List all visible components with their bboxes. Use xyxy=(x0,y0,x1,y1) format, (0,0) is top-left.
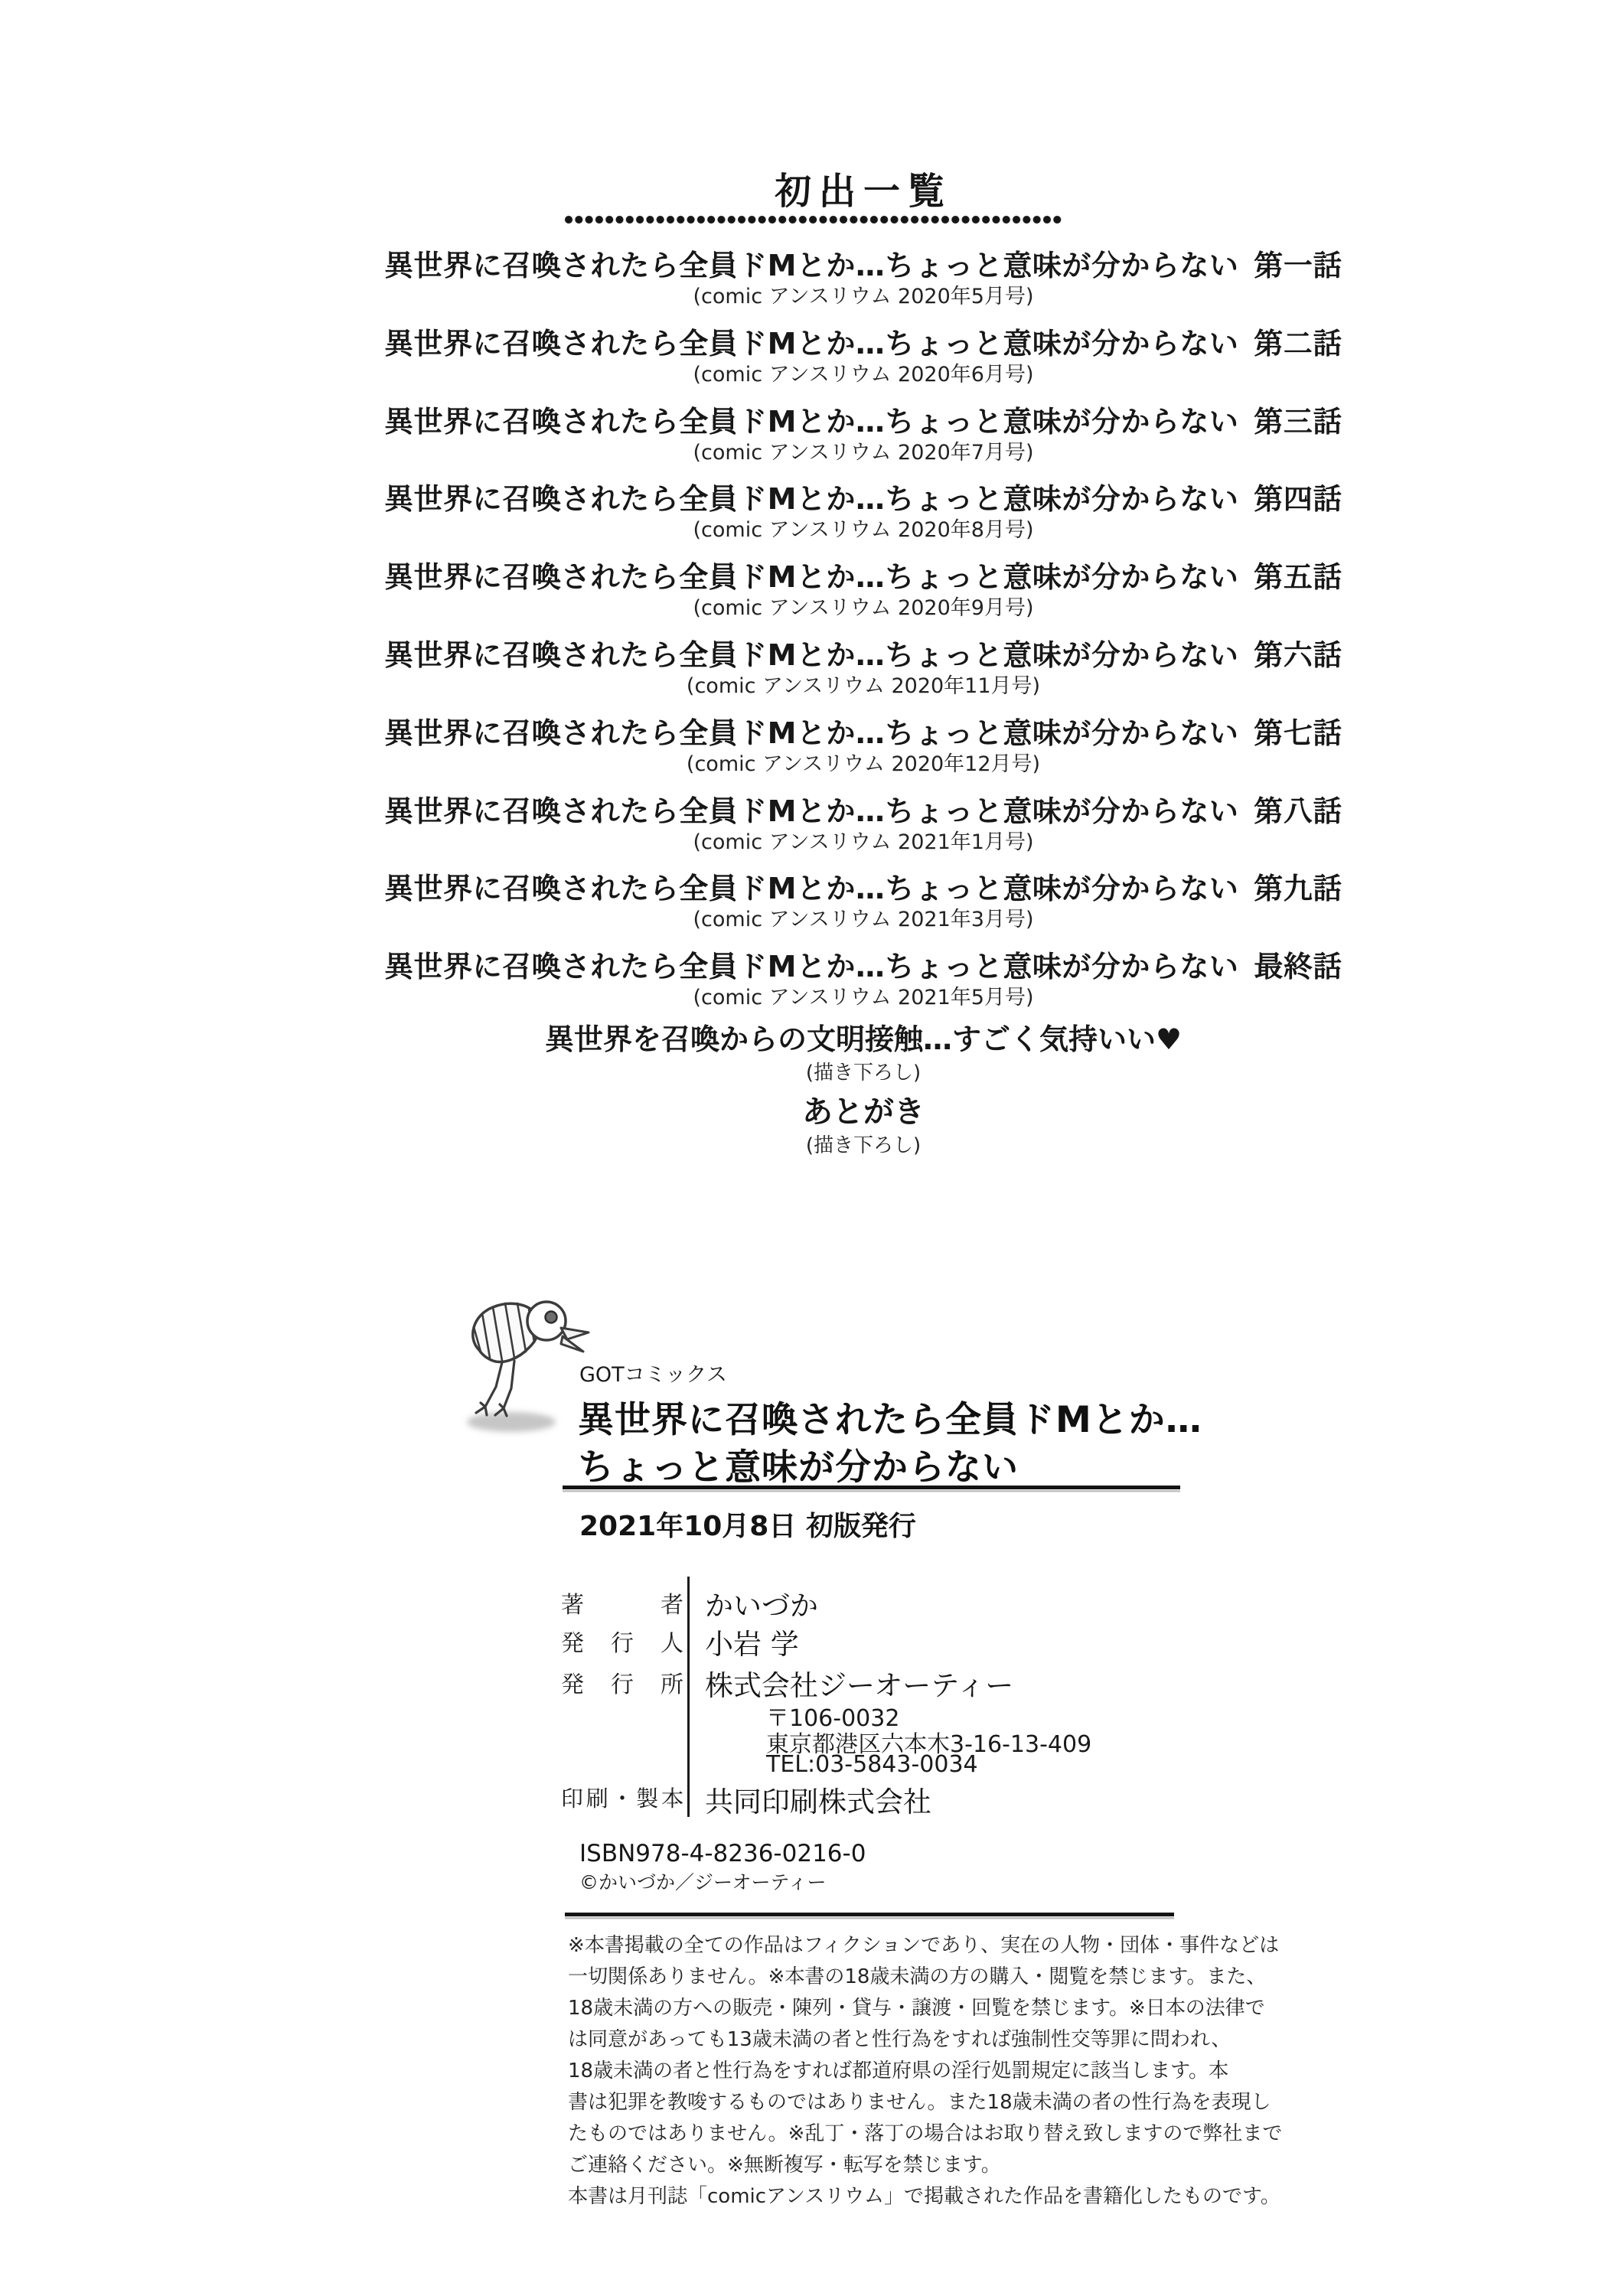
disclaimer-block: ※本書掲載の全ての作品はフィクションであり、実在の人物・団体・事件などは 一切関… xyxy=(568,1930,1188,2213)
entry-chapter: 第二話 xyxy=(1254,327,1342,360)
book-title-line1: 異世界に召喚されたら全員ドMとか… xyxy=(578,1391,1202,1443)
entry-source: (comic アンスリウム 2020年11月号) xyxy=(687,669,1040,699)
afterword-note: (描き下ろし) xyxy=(806,1130,921,1158)
publication-entry-title: 異世界に召喚されたら全員ドMとか…ちょっと意味が分からない第五話 xyxy=(384,553,1342,595)
publisher-tel: TEL:03-5843-0034 xyxy=(766,1751,978,1778)
publication-entry-title: 異世界に召喚されたら全員ドMとか…ちょっと意味が分からない第六話 xyxy=(384,631,1342,673)
imprint-label: GOTコミックス xyxy=(579,1358,727,1388)
publication-entry-title: 異世界に召喚されたら全員ドMとか…ちょっと意味が分からない第七話 xyxy=(384,709,1342,752)
book-title-line2: ちょっと意味が分からない xyxy=(578,1439,1019,1490)
entry-title: 異世界に召喚されたら全員ドMとか…ちょっと意味が分からない xyxy=(384,560,1238,594)
entry-chapter: 第三話 xyxy=(1254,405,1342,439)
publisher-logo xyxy=(453,1290,599,1443)
entry-title: 異世界に召喚されたら全員ドMとか…ちょっと意味が分からない xyxy=(384,872,1238,905)
publication-entry-title: 異世界に召喚されたら全員ドMとか…ちょっと意味が分からない第二話 xyxy=(384,320,1342,362)
disclaimer-line: は同意があっても13歳未満の者と性行為をすれば強制性交等罪に問われ、 xyxy=(568,2024,1188,2056)
copyright-text: ©かいづか／ジーオーティー xyxy=(579,1867,827,1895)
disclaimer-line: ご連絡ください。※無断複写・転写を禁じます。 xyxy=(568,2150,1188,2181)
entry-source: (comic アンスリウム 2020年8月号) xyxy=(693,513,1034,543)
entry-source: (comic アンスリウム 2020年9月号) xyxy=(693,591,1034,621)
entry-chapter: 第八話 xyxy=(1254,794,1342,828)
disclaimer-line: 書は犯罪を教唆するものではありません。また18歳未満の者の性行為を表現し xyxy=(568,2087,1188,2118)
dotted-separator xyxy=(564,215,1063,224)
bonus-chapter-note: (描き下ろし) xyxy=(806,1057,921,1085)
entry-chapter: 第五話 xyxy=(1254,560,1342,594)
disclaimer-line: 18歳未満の者と性行為をすれば都道府県の淫行処罰規定に該当します。本 xyxy=(568,2056,1188,2087)
logo-shadow xyxy=(467,1412,556,1432)
entry-chapter: 第六話 xyxy=(1254,638,1342,672)
entry-title: 異世界に召喚されたら全員ドMとか…ちょっと意味が分からない xyxy=(384,950,1238,983)
bird-doodle-icon xyxy=(453,1290,599,1443)
disclaimer-line: 18歳未満の方への販売・陳列・貸与・譲渡・回覧を禁じます。※日本の法律で xyxy=(568,1993,1188,2024)
disclaimer-line: たものではありません。※乱丁・落丁の場合はお取り替え致しますので弊社まで xyxy=(568,2118,1188,2150)
publication-entry-title: 異世界に召喚されたら全員ドMとか…ちょっと意味が分からない第一話 xyxy=(384,242,1342,284)
credit-label-printing: 印刷・製本 xyxy=(561,1782,683,1813)
credit-label-publisher-person: 発行人 xyxy=(561,1624,683,1658)
entry-chapter: 第七話 xyxy=(1254,716,1342,750)
publication-entry-title: 異世界に召喚されたら全員ドMとか…ちょっと意味が分からない最終話 xyxy=(384,943,1342,985)
entry-title: 異世界に召喚されたら全員ドMとか…ちょっと意味が分からない xyxy=(384,794,1238,828)
entry-title: 異世界に召喚されたら全員ドMとか…ちょっと意味が分からない xyxy=(384,249,1238,282)
entry-title: 異世界に召喚されたら全員ドMとか…ちょっと意味が分からない xyxy=(384,405,1238,439)
entry-title: 異世界に召喚されたら全員ドMとか…ちょっと意味が分からない xyxy=(384,716,1238,750)
publication-entry-title: 異世界に召喚されたら全員ドMとか…ちょっと意味が分からない第九話 xyxy=(384,865,1342,907)
entry-chapter: 最終話 xyxy=(1254,950,1342,983)
entry-source: (comic アンスリウム 2021年1月号) xyxy=(693,825,1034,855)
bird-eye xyxy=(546,1312,557,1323)
afterword-title: あとがき xyxy=(802,1088,925,1131)
entry-title: 異世界に召喚されたら全員ドMとか…ちょっと意味が分からない xyxy=(384,482,1238,516)
entry-chapter: 第一話 xyxy=(1254,249,1342,282)
entry-chapter: 第四話 xyxy=(1254,482,1342,516)
isbn-text: ISBN978-4-8236-0216-0 xyxy=(579,1840,866,1867)
credit-value-publisher-person: 小岩 学 xyxy=(705,1621,799,1662)
entry-title: 異世界に召喚されたら全員ドMとか…ちょっと意味が分からない xyxy=(384,638,1238,672)
entry-source: (comic アンスリウム 2021年5月号) xyxy=(693,980,1034,1010)
edition-date: 2021年10月8日 初版発行 xyxy=(579,1505,916,1544)
page-title: 初出一覧 xyxy=(775,161,952,214)
credit-value-publisher: 株式会社ジーオーティー xyxy=(705,1662,1013,1704)
entry-source: (comic アンスリウム 2021年3月号) xyxy=(693,902,1034,932)
title-rule xyxy=(563,1486,1180,1493)
entry-source: (comic アンスリウム 2020年7月号) xyxy=(693,435,1034,465)
entry-chapter: 第九話 xyxy=(1254,872,1342,905)
colophon-page: 初出一覧 異世界に召喚されたら全員ドMとか…ちょっと意味が分からない第一話 (c… xyxy=(0,0,1618,2296)
credit-label-author: 著者 xyxy=(561,1586,683,1619)
disclaimer-line: 一切関係ありません。※本書の18歳未満の方の購入・閲覧を禁じます。また、 xyxy=(568,1962,1188,1993)
credit-label-publisher: 発行所 xyxy=(561,1665,683,1699)
entry-source: (comic アンスリウム 2020年6月号) xyxy=(693,357,1034,387)
section-rule xyxy=(565,1913,1174,1920)
publication-entry-title: 異世界に召喚されたら全員ドMとか…ちょっと意味が分からない第四話 xyxy=(384,475,1342,517)
bonus-chapter-title: 異世界を召喚からの文明接触…すごく気持いい♥ xyxy=(545,1016,1182,1058)
publication-entry-title: 異世界に召喚されたら全員ドMとか…ちょっと意味が分からない第三話 xyxy=(384,398,1342,440)
disclaimer-line: ※本書掲載の全ての作品はフィクションであり、実在の人物・団体・事件などは xyxy=(568,1930,1188,1962)
publication-entry-title: 異世界に召喚されたら全員ドMとか…ちょっと意味が分からない第八話 xyxy=(384,788,1342,830)
entry-title: 異世界に召喚されたら全員ドMとか…ちょっと意味が分からない xyxy=(384,327,1238,360)
entry-source: (comic アンスリウム 2020年5月号) xyxy=(693,279,1034,309)
credit-value-printing: 共同印刷株式会社 xyxy=(705,1779,931,1820)
entry-source: (comic アンスリウム 2020年12月号) xyxy=(687,747,1040,777)
credit-value-author: かいづか xyxy=(705,1583,818,1624)
credits-divider-line xyxy=(687,1577,690,1817)
disclaimer-line: 本書は月刊誌「comicアンスリウム」で掲載された作品を書籍化したものです。 xyxy=(568,2181,1188,2213)
